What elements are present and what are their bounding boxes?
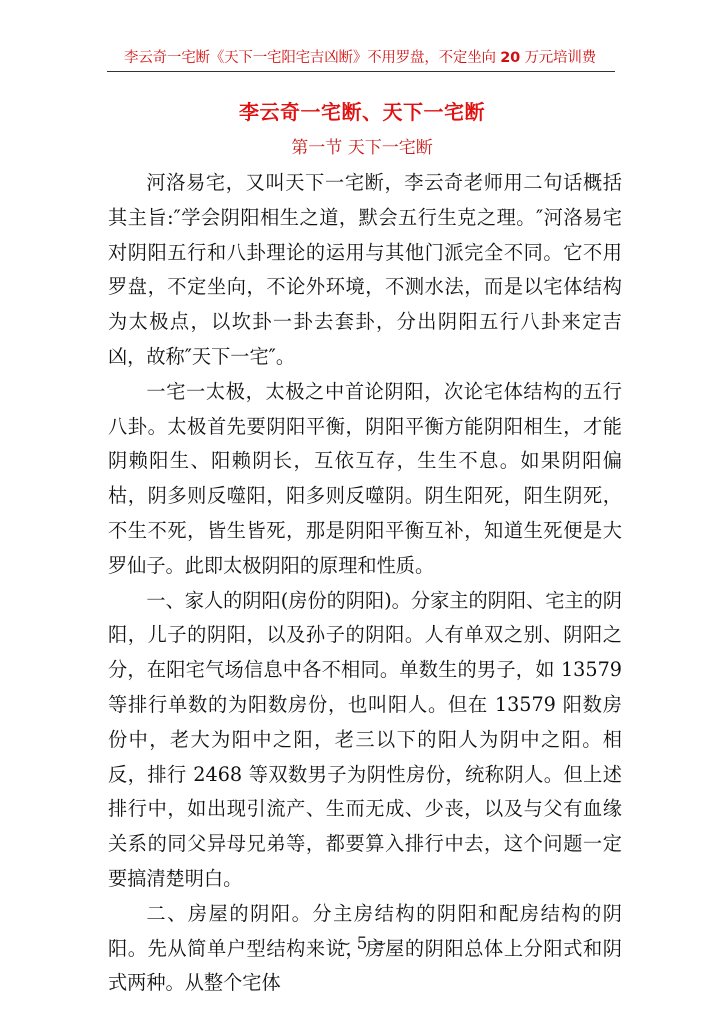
running-header-suffix: 万元培训费: [520, 50, 596, 66]
running-header-prefix: 李云奇一宅断《天下一宅阳宅吉凶断》不用罗盘，不定坐向: [124, 50, 500, 66]
body-text: 河洛易宅，又叫天下一宅断，李云奇老师用二句话概括其主旨:″学会阴阳相生之道，默会…: [108, 166, 622, 1001]
page-title: 李云奇一宅断、天下一宅断: [0, 96, 724, 125]
running-header-amount: 20: [500, 50, 520, 66]
header-rule: [107, 71, 615, 72]
running-header: 李云奇一宅断《天下一宅阳宅吉凶断》不用罗盘，不定坐向 20 万元培训费: [106, 46, 614, 67]
paragraph: 一宅一太极，太极之中首论阴阳，次论宅体结构的五行八卦。太极首先要阴阳平衡，阴阳平…: [108, 375, 622, 584]
paragraph: 一、家人的阴阳(房份的阴阳)。分家主的阴阳、宅主的阴阳，儿子的阴阳，以及孙子的阴…: [108, 584, 622, 897]
page-number: ~ 5 ~: [0, 934, 724, 954]
section-title: 第一节 天下一宅断: [0, 133, 724, 158]
paragraph: 河洛易宅，又叫天下一宅断，李云奇老师用二句话概括其主旨:″学会阴阳相生之道，默会…: [108, 166, 622, 375]
